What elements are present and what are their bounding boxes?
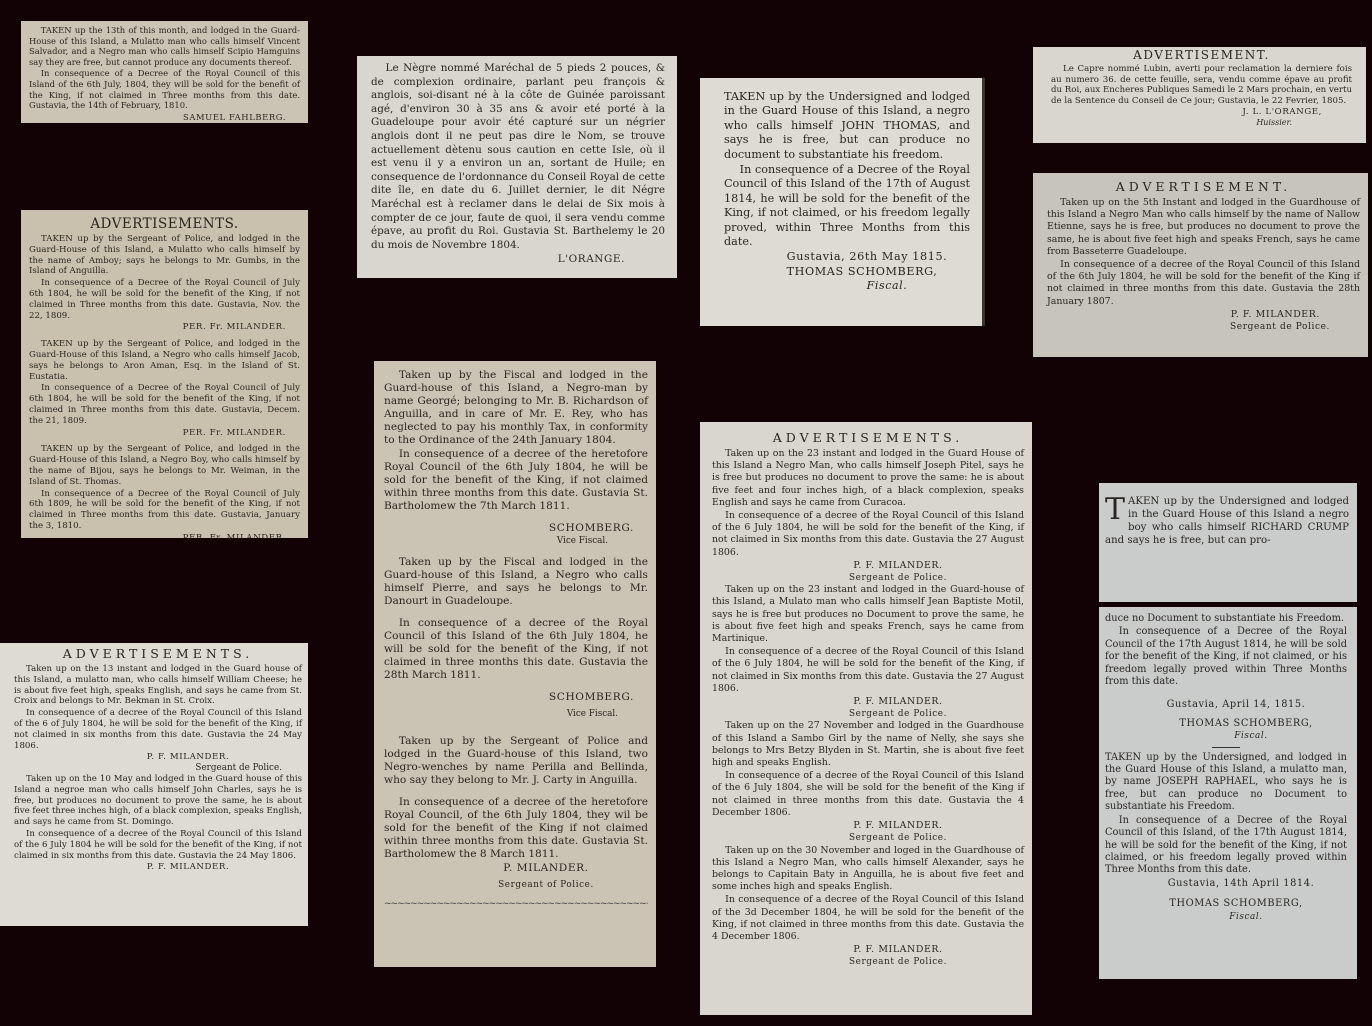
clipping-fahlberg-1810: TAKEN up the 13th of this month, and lod… [21, 21, 308, 123]
signature-title: Huissier. [1051, 118, 1352, 129]
signature-title: Sergeant de Police. [712, 708, 1024, 720]
notice-taken: Taken up on the 13 instant and lodged in… [14, 664, 302, 707]
heading: ADVERTISEMENTS. [712, 430, 1024, 446]
notice-taken: Taken up by the Fiscal and lodged in the… [384, 556, 648, 608]
dateline: Gustavia, April 14, 1815. [1105, 699, 1347, 711]
notice-decree: In consequence of a decree of the Royal … [712, 770, 1024, 819]
signature: J. L. L'ORANGE, [1051, 107, 1352, 118]
clipping-schomberg-milander-1811: Taken up by the Fiscal and lodged in the… [374, 361, 656, 967]
signature: PER. Fr. MILANDER. [29, 322, 300, 333]
notice-continued: duce no Document to substantiate his Fre… [1105, 613, 1347, 625]
divider [1212, 747, 1240, 748]
notice-taken: TAKEN up by the Undersigned and lodged i… [724, 90, 970, 162]
signature: SCHOMBERG. [384, 522, 648, 535]
signature: PER. Fr. MILANDER. [29, 533, 300, 538]
signature: SAMUEL FAHLBERG. [29, 112, 300, 123]
signature: PER. Fr. MILANDER. [29, 428, 300, 439]
signature: SCHOMBERG. [384, 691, 648, 704]
notice-taken: Taken up on the 27 November and lodged i… [712, 720, 1024, 769]
notice-taken: TAKEN up by the Sergeant of Police, and … [29, 339, 300, 382]
drop-cap-letter: T [1105, 497, 1125, 523]
signature-title: Sergeant de Police. [712, 832, 1024, 844]
signature: THOMAS SCHOMBERG, [1105, 898, 1347, 910]
signature: P. MILANDER. [384, 862, 648, 875]
notice-decree: In consequence of a decree of the Royal … [712, 510, 1024, 559]
clipping-marechal-1804: Le Nègre nommé Maréchal de 5 pieds 2 pou… [357, 56, 677, 278]
notice-decree: In consequence of a decree of the Royal … [384, 617, 648, 682]
dateline: Gustavia, 14th April 1814. [1105, 878, 1347, 890]
notice-decree: In consequence of a Decree of the Royal … [29, 489, 300, 532]
heading: ADVERTISEMENTS. [29, 216, 300, 232]
notice-taken: Taken up by the Sergeant of Police and l… [384, 735, 648, 787]
clipping-nallow-etienne-1807: ADVERTISEMENT. Taken up on the 5th Insta… [1033, 173, 1368, 357]
notice-body: Le Nègre nommé Maréchal de 5 pieds 2 pou… [371, 62, 665, 252]
notice-taken: TAKEN up the 13th of this month, and lod… [29, 25, 300, 67]
dateline: Gustavia, 26th May 1815. [724, 250, 970, 264]
notice-decree: In consequence of a Decree of the Royal … [29, 383, 300, 426]
notice-decree: In consequence of a decree of the Royal … [14, 829, 302, 861]
notice-decree: In consequence of a decree of the Royal … [14, 708, 302, 751]
notice-decree: In consequence of a Decree of the Royal … [29, 278, 300, 321]
signature-title: Fiscal. [1105, 911, 1347, 923]
notice-decree: In consequence of a decree of the hereto… [384, 448, 648, 513]
notice-decree: In consequence of a decree of the Royal … [712, 646, 1024, 695]
ornament-rule: ~~~~~~~~~~~~~~~~~~~~~~~~~~~~~~~~~~~~~~~~… [384, 898, 648, 911]
notice-taken: TAKEN up by the Sergeant of Police, and … [29, 444, 300, 487]
heading: ADVERTISEMENTS. [14, 646, 302, 662]
notice-decree: In consequence of a decree of the Royal … [712, 894, 1024, 943]
signature-title: Fiscal. [1105, 730, 1347, 742]
notice-taken: Taken up on the 10 May and lodged in the… [14, 774, 302, 828]
signature: P. F. MILANDER. [712, 944, 1024, 956]
clipping-richard-crump-joseph-raphael: duce no Document to substantiate his Fre… [1099, 607, 1357, 979]
notice-decree: In consequence of a Decree of the Royal … [1105, 626, 1347, 688]
signature: THOMAS SCHOMBERG, [1105, 718, 1347, 730]
signature-title: Vice Fiscal. [384, 535, 648, 548]
notice-decree: In consequence of a Decree of the Royal … [1105, 815, 1347, 877]
clipping-richard-crump-top: T AKEN up by the Undersigned and lodged … [1099, 483, 1357, 602]
notice-taken: Taken up on the 30 November and loged in… [712, 845, 1024, 894]
signature-title: Sergeant de Police. [712, 572, 1024, 584]
notice-decree: In consequence of a decree of the hereto… [384, 796, 648, 861]
clipping-john-thomas-1815: TAKEN up by the Undersigned and lodged i… [700, 78, 985, 326]
notice-taken: Taken up on the 23 instant and lodged in… [712, 448, 1024, 509]
notice-taken: Taken up on the 23 instant and lodged in… [712, 584, 1024, 645]
notice-body: Le Capre nommé Lubin, averti pour reclam… [1051, 64, 1352, 106]
notice-decree: In consequence of a decree of the Royal … [1047, 259, 1360, 308]
notice-taken: TAKEN up by the Sergeant of Police, and … [29, 234, 300, 277]
signature-title: Sergeant of Police. [384, 879, 648, 892]
signature-title: Sergeant de Police. [1047, 321, 1360, 333]
clipping-advertisements-milander-1806b: ADVERTISEMENTS. Taken up on the 23 insta… [700, 422, 1032, 1015]
signature: THOMAS SCHOMBERG, [724, 265, 970, 279]
signature: P. F. MILANDER. [712, 820, 1024, 832]
notice-decree: In consequence of a Decree of the Royal … [724, 163, 970, 249]
notice-taken: Taken up by the Fiscal and lodged in the… [384, 369, 648, 447]
heading: ADVERTISEMENT. [1051, 49, 1352, 62]
notice-taken: TAKEN up by the Undersigned, and lodged … [1105, 752, 1347, 814]
signature: P. F. MILANDER. [14, 752, 302, 763]
signature: P. F. MILANDER. [712, 560, 1024, 572]
signature-title: Vice Fiscal. [384, 708, 648, 721]
signature-title: Sergeant de Police. [14, 763, 302, 774]
signature-title: Fiscal. [724, 279, 970, 293]
signature-title: Sergeant de Police. [712, 956, 1024, 968]
clipping-lubin-1805: ADVERTISEMENT. Le Capre nommé Lubin, ave… [1033, 47, 1366, 143]
clipping-advertisements-milander-1809: ADVERTISEMENTS. TAKEN up by the Sergeant… [21, 210, 308, 538]
notice-taken: Taken up on the 5th Instant and lodged i… [1047, 197, 1360, 258]
notice-decree: In consequence of a Decree of the Royal … [29, 68, 300, 110]
signature: P. F. MILANDER. [1047, 309, 1360, 321]
signature: P. F. MILANDER. [14, 862, 302, 873]
clipping-advertisements-milander-1806: ADVERTISEMENTS. Taken up on the 13 insta… [0, 643, 308, 926]
heading: ADVERTISEMENT. [1047, 179, 1360, 195]
notice-taken: AKEN up by the Undersigned and lodged in… [1105, 496, 1349, 546]
signature: L'ORANGE. [371, 253, 665, 267]
signature: P. F. MILANDER. [712, 696, 1024, 708]
